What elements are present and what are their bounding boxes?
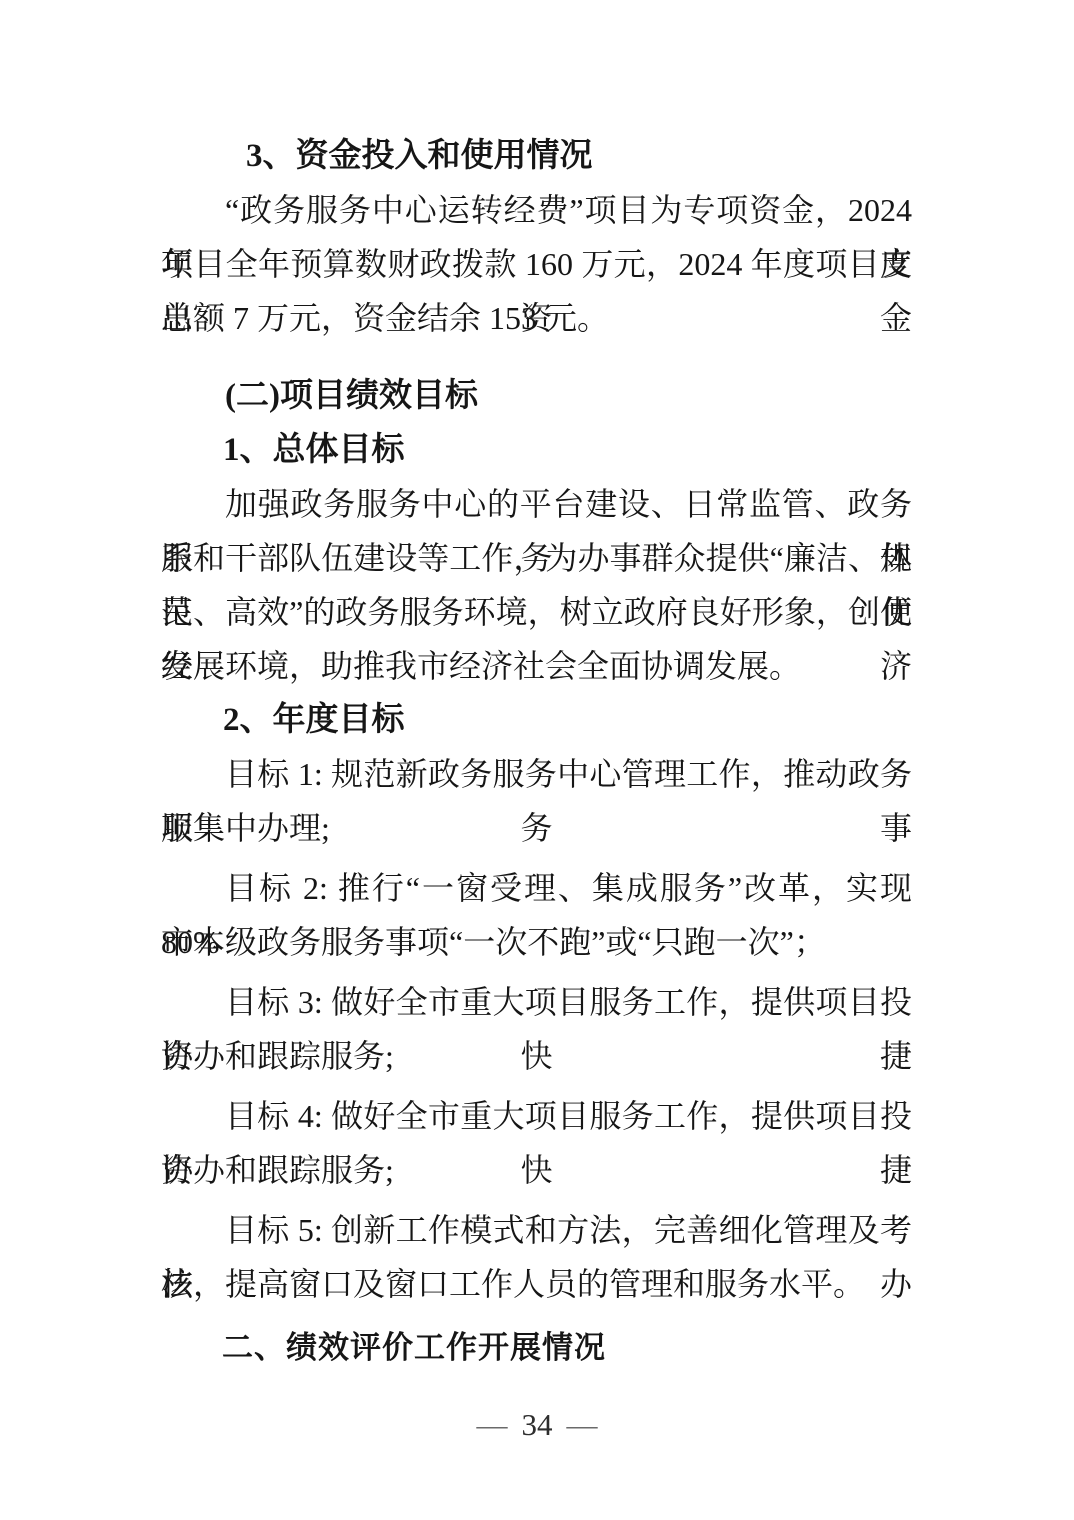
text-line: 法，提高窗口及窗口工作人员的管理和服务水平。 bbox=[161, 1257, 912, 1311]
text-line: 民、高效”的政务服务环境，树立政府良好形象，创优经济 bbox=[161, 585, 912, 639]
text-line: 系和干部队伍建设等工作，为办事群众提供“廉洁、规范便 bbox=[161, 531, 912, 585]
heading-annual-goals: 2、年度目标 bbox=[161, 693, 912, 747]
para-goal-1: 目标 1: 规范新政务服务中心管理工作，推动政务服务事 项集中办理; bbox=[161, 747, 912, 855]
page-number-value: 34 bbox=[522, 1407, 553, 1442]
text-line: 目标 3: 做好全市重大项目服务工作，提供项目投资快捷 bbox=[161, 975, 912, 1029]
heading-project-performance-goals: (二)项目绩效目标 bbox=[161, 369, 912, 423]
para-overall-goal: 加强政务服务中心的平台建设、日常监管、政务服务体 系和干部队伍建设等工作，为办事… bbox=[161, 477, 912, 693]
page-number-dash-right: — bbox=[567, 1407, 598, 1442]
page-number-dash-left: — bbox=[477, 1407, 508, 1442]
para-goal-3: 目标 3: 做好全市重大项目服务工作，提供项目投资快捷 协办和跟踪服务; bbox=[161, 975, 912, 1083]
text-line: 项目全年预算数财政拨款 160 万元，2024 年度项目支出资金 bbox=[161, 237, 912, 291]
text-line: 目标 1: 规范新政务服务中心管理工作，推动政务服务事 bbox=[161, 747, 912, 801]
document-page: 3、资金投入和使用情况 “政务服务中心运转经费”项目为专项资金，2024 年度 … bbox=[0, 0, 1074, 1520]
para-goal-5: 目标 5: 创新工作模式和方法，完善细化管理及考核办 法，提高窗口及窗口工作人员… bbox=[161, 1203, 912, 1311]
text-line: 发展环境，助推我市经济社会全面协调发展。 bbox=[161, 639, 912, 693]
heading-evaluation-work: 二、绩效评价工作开展情况 bbox=[161, 1321, 912, 1375]
text-line: 目标 5: 创新工作模式和方法，完善细化管理及考核办 bbox=[161, 1203, 912, 1257]
text-line: “政务服务中心运转经费”项目为专项资金，2024 年度 bbox=[161, 183, 912, 237]
text-line: 加强政务服务中心的平台建设、日常监管、政务服务体 bbox=[161, 477, 912, 531]
heading-overall-goal: 1、总体目标 bbox=[161, 423, 912, 477]
para-goal-4: 目标 4: 做好全市重大项目服务工作，提供项目投资快捷 协办和跟踪服务; bbox=[161, 1089, 912, 1197]
text-line: 目标 4: 做好全市重大项目服务工作，提供项目投资快捷 bbox=[161, 1089, 912, 1143]
text-line: 目标 2: 推行“一窗受理、集成服务”改革，实现 80% bbox=[161, 861, 912, 915]
para-goal-2: 目标 2: 推行“一窗受理、集成服务”改革，实现 80% 市本级政务服务事项“一… bbox=[161, 861, 912, 969]
document-body: 3、资金投入和使用情况 “政务服务中心运转经费”项目为专项资金，2024 年度 … bbox=[161, 129, 912, 1375]
para-funds-overview: “政务服务中心运转经费”项目为专项资金，2024 年度 项目全年预算数财政拨款 … bbox=[161, 183, 912, 345]
page-number: —34— bbox=[0, 1398, 1074, 1452]
heading-funds-investment: 3、资金投入和使用情况 bbox=[161, 129, 912, 183]
text-line: 市本级政务服务事项“一次不跑”或“只跑一次”； bbox=[161, 915, 912, 969]
